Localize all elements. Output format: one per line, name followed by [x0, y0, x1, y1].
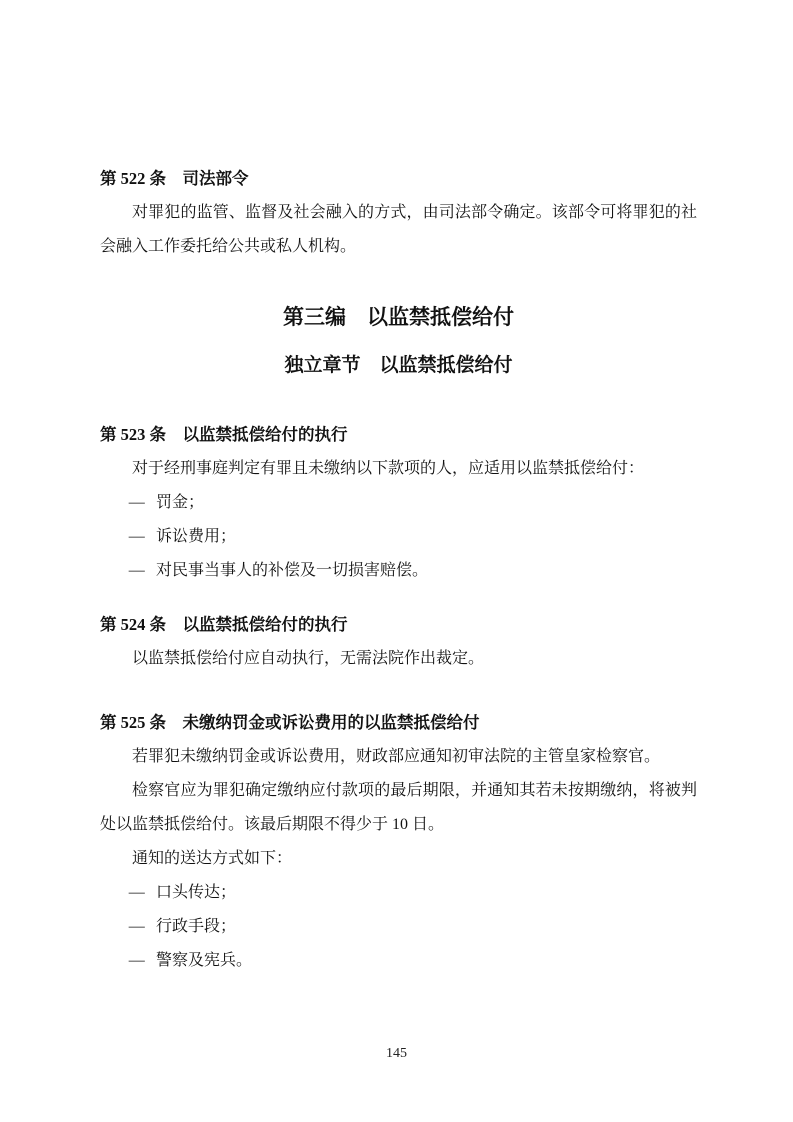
list-item: —诉讼费用；	[100, 520, 697, 554]
article-525-paragraph-3: 通知的送达方式如下：	[100, 842, 697, 876]
list-item-text: 行政手段；	[156, 918, 236, 935]
list-dash: —	[129, 494, 145, 511]
list-item: —警察及宪兵。	[100, 944, 697, 978]
list-dash: —	[129, 884, 145, 901]
part-heading: 第三编 以监禁抵偿给付	[100, 294, 697, 340]
list-dash: —	[129, 952, 145, 969]
list-item: —罚金；	[100, 486, 697, 520]
article-523-paragraph-1: 对于经刑事庭判定有罪且未缴纳以下款项的人，应适用以监禁抵偿给付：	[100, 452, 697, 486]
article-525-paragraph-2: 检察官应为罪犯确定缴纳应付款项的最后期限，并通知其若未按期缴纳，将被判处以监禁抵…	[100, 774, 697, 842]
article-section-523: 第 523 条 以监禁抵偿给付的执行 对于经刑事庭判定有罪且未缴纳以下款项的人，…	[100, 418, 697, 588]
article-522-heading: 第 522 条 司法部令	[100, 162, 697, 196]
article-523-heading: 第 523 条 以监禁抵偿给付的执行	[100, 418, 697, 452]
list-item-text: 口头传达；	[156, 884, 236, 901]
list-item-text: 诉讼费用；	[156, 528, 236, 545]
article-525-heading: 第 525 条 未缴纳罚金或诉讼费用的以监禁抵偿给付	[100, 706, 697, 740]
article-section-522: 第 522 条 司法部令 对罪犯的监管、监督及社会融入的方式，由司法部令确定。该…	[100, 162, 697, 264]
article-524-paragraph-1: 以监禁抵偿给付应自动执行，无需法院作出裁定。	[100, 642, 697, 676]
list-item-text: 罚金；	[156, 494, 204, 511]
list-item-text: 对民事当事人的补偿及一切损害赔偿。	[156, 562, 428, 579]
page-number: 145	[0, 1044, 793, 1064]
article-524-heading: 第 524 条 以监禁抵偿给付的执行	[100, 608, 697, 642]
article-section-524: 第 524 条 以监禁抵偿给付的执行 以监禁抵偿给付应自动执行，无需法院作出裁定…	[100, 608, 697, 676]
article-section-525: 第 525 条 未缴纳罚金或诉讼费用的以监禁抵偿给付 若罪犯未缴纳罚金或诉讼费用…	[100, 706, 697, 978]
article-525-paragraph-1: 若罪犯未缴纳罚金或诉讼费用，财政部应通知初审法院的主管皇家检察官。	[100, 740, 697, 774]
chapter-heading: 独立章节 以监禁抵偿给付	[100, 340, 697, 392]
list-dash: —	[129, 562, 145, 579]
list-dash: —	[129, 528, 145, 545]
list-item: —口头传达；	[100, 876, 697, 910]
list-item-text: 警察及宪兵。	[156, 952, 252, 969]
document-page: 第 522 条 司法部令 对罪犯的监管、监督及社会融入的方式，由司法部令确定。该…	[0, 0, 793, 1122]
article-522-paragraph-1: 对罪犯的监管、监督及社会融入的方式，由司法部令确定。该部令可将罪犯的社会融入工作…	[100, 196, 697, 264]
list-item: —对民事当事人的补偿及一切损害赔偿。	[100, 554, 697, 588]
list-item: —行政手段；	[100, 910, 697, 944]
list-dash: —	[129, 918, 145, 935]
